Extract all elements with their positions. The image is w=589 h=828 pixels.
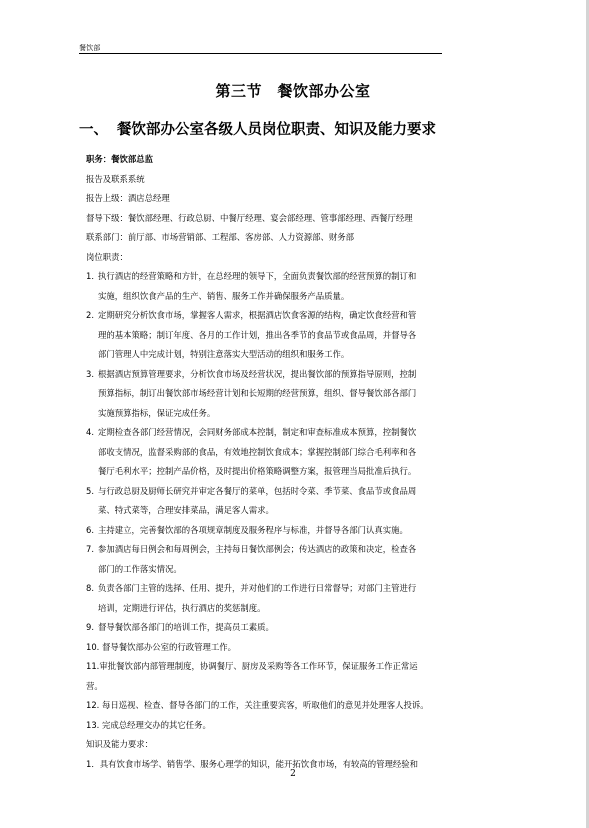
duty-item-5: 5. 与行政总厨及厨师长研究并审定各餐厅的菜单，包括时令菜、季节菜、食品节或食品… [86, 482, 500, 521]
duty-line: 部门管理人中完成计划，特别注意落实大型活动的组织和服务工作。 [98, 345, 500, 365]
duty-line: 理的基本策略；制订年度、各月的工作计划，推出各季节的食品节或食品周，并督导各 [98, 326, 500, 346]
document-page: 餐饮部 第三节 餐饮部办公室 一、餐饮部办公室各级人员岗位职责、知识及能力要求 … [0, 0, 586, 828]
duty-line: 与行政总厨及厨师长研究并审定各餐厅的菜单，包括时令菜、季节菜、食品节或食品周 [98, 482, 500, 502]
section-title: 第三节 餐饮部办公室 [0, 80, 586, 101]
contact-departments: 联系部门：前厅部、市场营销部、工程部、客房部、人力资源部、财务部 [86, 228, 500, 248]
running-header: 餐饮部 [79, 43, 101, 53]
duty-number: 9. [86, 618, 98, 638]
duty-line: 实施预算指标，保证完成任务。 [98, 404, 500, 424]
duty-line: 部收支情况，监督采购部的食品，有效地控制饮食成本；掌握控制部门综合毛利率和各 [98, 443, 500, 463]
duty-line: 执行酒店的经营策略和方针，在总经理的领导下，全面负责餐饮部的经营预算的制订和 [98, 267, 500, 287]
duty-number: 5. [86, 482, 98, 521]
chapter-title-text: 餐饮部办公室各级人员岗位职责、知识及能力要求 [117, 121, 436, 138]
chapter-title: 一、餐饮部办公室各级人员岗位职责、知识及能力要求 [79, 118, 436, 139]
duty-item-11-line-2: 营。 [86, 677, 500, 697]
duty-line: 定期检查各部门经营情况，会同财务部成本控制，制定和审查标准成本预算，控制餐饮 [98, 423, 500, 443]
position-title: 职务：餐饮部总监 [86, 150, 500, 170]
duty-line: 主持建立，完善餐饮部的各项规章制度及服务程序与标准，并督导各部门认真实施。 [98, 521, 500, 541]
knowledge-label: 知识及能力要求： [86, 735, 500, 755]
duty-line: 督导餐饮部办公室的行政管理工作。 [102, 638, 500, 658]
document-body: 职务：餐饮部总监 报告及联系系统 报告上级：酒店总经理 督导下级：餐饮部经理、行… [86, 150, 500, 774]
duty-line: 菜、特式菜等，合理安排菜品，满足客人需求。 [98, 501, 500, 521]
chapter-number: 一、 [79, 118, 117, 139]
duty-item-1: 1． 执行酒店的经营策略和方针，在总经理的领导下，全面负责餐饮部的经营预算的制订… [86, 267, 500, 306]
report-system-label: 报告及联系系统 [86, 170, 500, 190]
duty-number: 8. [86, 579, 98, 618]
duty-line: 督导餐饮部各部门的培训工作，提高员工素质。 [98, 618, 500, 638]
duties-label: 岗位职责： [86, 248, 500, 268]
duty-item-11-line-1: 11.审批餐饮部内部管理制度，协调餐厅、厨房及采购等各工作环节，保证服务工作正常… [86, 657, 500, 677]
duty-number: 7. [86, 540, 98, 579]
duty-item-2: 2. 定期研究分析饮食市场，掌握客人需求，根据酒店饮食客源的结构，确定饮食经营和… [86, 306, 500, 365]
duty-item-10: 10. 督导餐饮部办公室的行政管理工作。 [86, 638, 500, 658]
duty-number: 10. [86, 638, 102, 658]
duty-item-13: 13. 完成总经理交办的其它任务。 [86, 716, 500, 736]
reporting-superior: 报告上级：酒店总经理 [86, 189, 500, 209]
header-rule [79, 53, 442, 54]
duty-number: 1． [86, 267, 98, 306]
duty-line: 参加酒店每日例会和每周例会，主持每日餐饮部例会；传达酒店的政策和决定，检查各 [98, 540, 500, 560]
duty-item-3: 3. 根据酒店预算管理要求，分析饮食市场及经营状况，提出餐饮部的预算指导原则，控… [86, 365, 500, 424]
duty-item-4: 4. 定期检查各部门经营情况，会同财务部成本控制，制定和审查标准成本预算，控制餐… [86, 423, 500, 482]
duty-item-6: 6. 主持建立，完善餐饮部的各项规章制度及服务程序与标准，并督导各部门认真实施。 [86, 521, 500, 541]
duty-number: 4. [86, 423, 98, 482]
duty-item-12: 12. 每日巡视、检查、督导各部门的工作，关注重要宾客，听取他们的意见并处理客人… [86, 696, 500, 716]
duty-line: 培训，定期进行评估，执行酒店的奖惩制度。 [98, 599, 500, 619]
subordinates: 督导下级：餐饮部经理、行政总厨、中餐厅经理、宴会部经理、管事部经理、西餐厅经理 [86, 209, 500, 229]
duty-line: 部门的工作落实情况。 [98, 560, 500, 580]
duty-line: 实施，组织饮食产品的生产、销售、服务工作并确保服务产品质量。 [98, 287, 500, 307]
page-number: 2 [0, 769, 586, 779]
duty-line: 预算指标，制订出餐饮部市场经营计划和长短期的经营预算，组织、督导餐饮部各部门 [98, 384, 500, 404]
duty-line: 定期研究分析饮食市场，掌握客人需求，根据酒店饮食客源的结构，确定饮食经营和管 [98, 306, 500, 326]
duty-item-7: 7. 参加酒店每日例会和每周例会，主持每日餐饮部例会；传达酒店的政策和决定，检查… [86, 540, 500, 579]
duty-line: 负责各部门主管的选择、任用、提升，并对他们的工作进行日常督导；对部门主管进行 [98, 579, 500, 599]
duty-item-8: 8. 负责各部门主管的选择、任用、提升，并对他们的工作进行日常督导；对部门主管进… [86, 579, 500, 618]
duty-number: 3. [86, 365, 98, 424]
duty-line: 餐厅毛利水平；控制产品价格，及时提出价格策略调整方案，报管理当局批准后执行。 [98, 462, 500, 482]
duty-number: 6. [86, 521, 98, 541]
duty-line: 根据酒店预算管理要求，分析饮食市场及经营状况，提出餐饮部的预算指导原则，控制 [98, 365, 500, 385]
duty-item-9: 9. 督导餐饮部各部门的培训工作，提高员工素质。 [86, 618, 500, 638]
duty-number: 2. [86, 306, 98, 365]
